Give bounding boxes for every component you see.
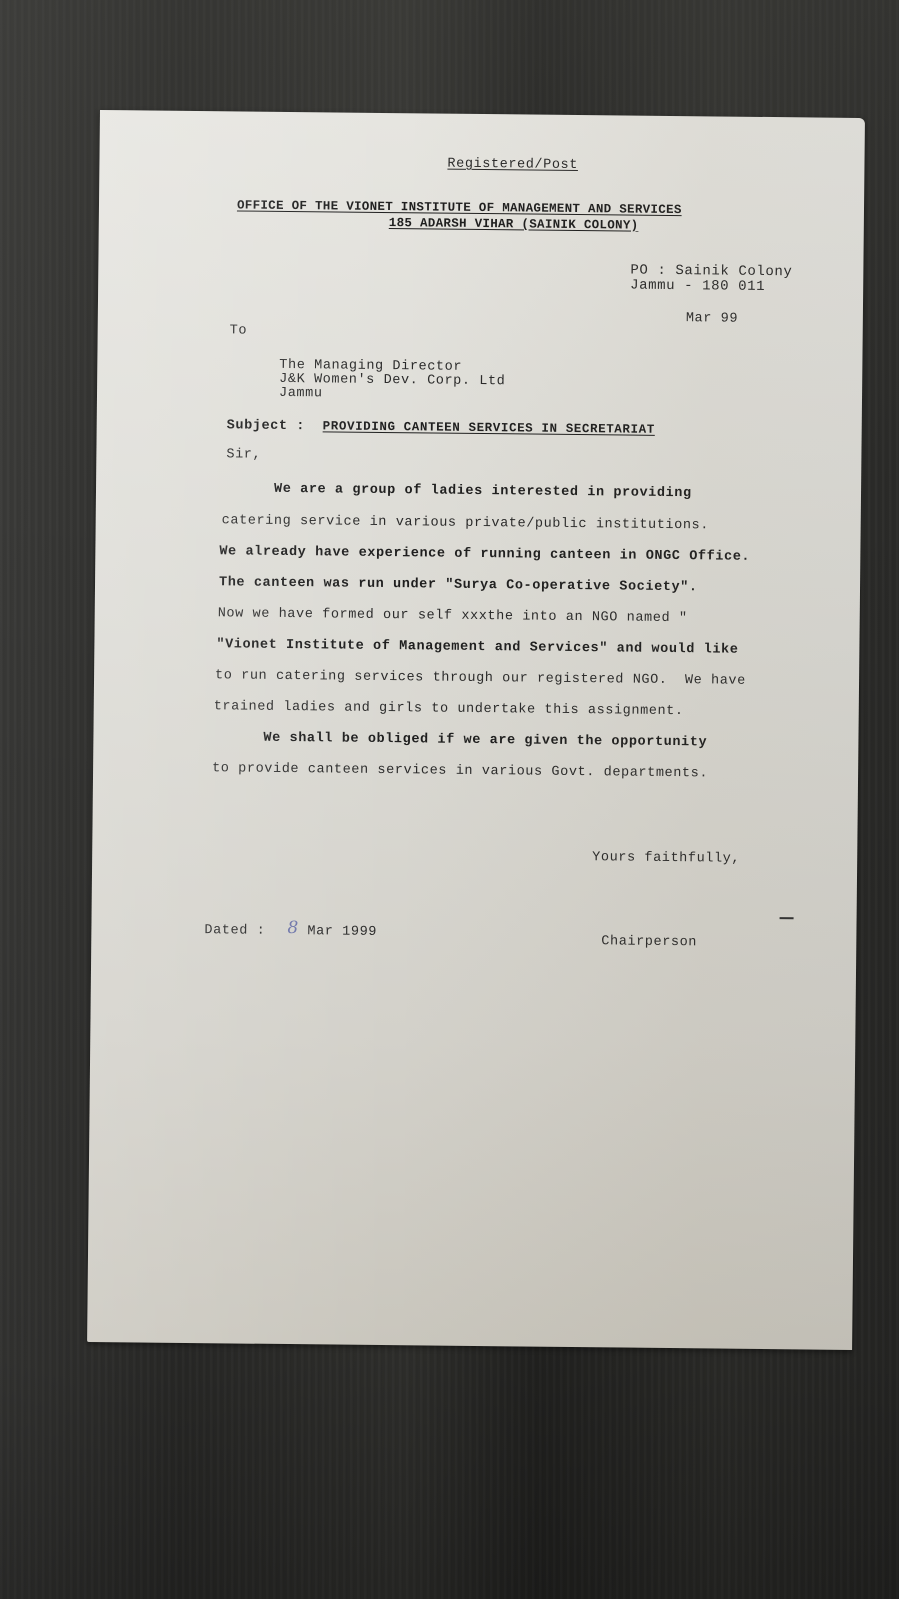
subject-label: Subject :	[227, 419, 305, 435]
dated-label: Dated :	[204, 924, 265, 939]
body-line-9: We shall be obliged if we are given the …	[263, 732, 707, 751]
body-line-6: "Vionet Institute of Management and Serv…	[216, 638, 738, 658]
body-line-10: to provide canteen services in various G…	[212, 762, 708, 782]
body-line-1: We are a group of ladies interested in p…	[274, 483, 692, 502]
closing: Yours faithfully,	[592, 851, 740, 867]
body-line-3: We already have experience of running ca…	[219, 545, 750, 565]
header-date: Mar 99	[686, 312, 738, 327]
salutation: Sir,	[226, 448, 261, 463]
body-line-2: catering service in various private/publ…	[222, 514, 709, 534]
dated-handwritten-day: 8	[287, 919, 299, 938]
dated-month-year: Mar 1999	[307, 925, 377, 941]
letter-paper: Registered/Post OFFICE OF THE VIONET INS…	[87, 110, 865, 1350]
registered-post-label: Registered/Post	[447, 158, 578, 174]
letterhead-line2: 185 ADARSH VIHAR (SAINIK COLONY)	[389, 217, 639, 233]
sender-address-line2: Jammu - 180 011	[630, 279, 765, 296]
signatory-title: Chairperson	[601, 935, 697, 951]
body-line-5: Now we have formed our self xxxthe into …	[218, 607, 688, 627]
recipient-line3: Jammu	[279, 387, 323, 402]
body-line-4: The canteen was run under "Surya Co-oper…	[219, 576, 698, 596]
stray-ink-mark	[780, 917, 794, 919]
subject-text: PROVIDING CANTEEN SERVICES IN SECRETARIA…	[323, 420, 655, 437]
letterhead-line1: OFFICE OF THE VIONET INSTITUTE OF MANAGE…	[237, 199, 682, 217]
body-line-8: trained ladies and girls to undertake th…	[214, 700, 684, 720]
body-line-7: to run catering services through our reg…	[215, 669, 746, 689]
to-label: To	[230, 324, 248, 339]
